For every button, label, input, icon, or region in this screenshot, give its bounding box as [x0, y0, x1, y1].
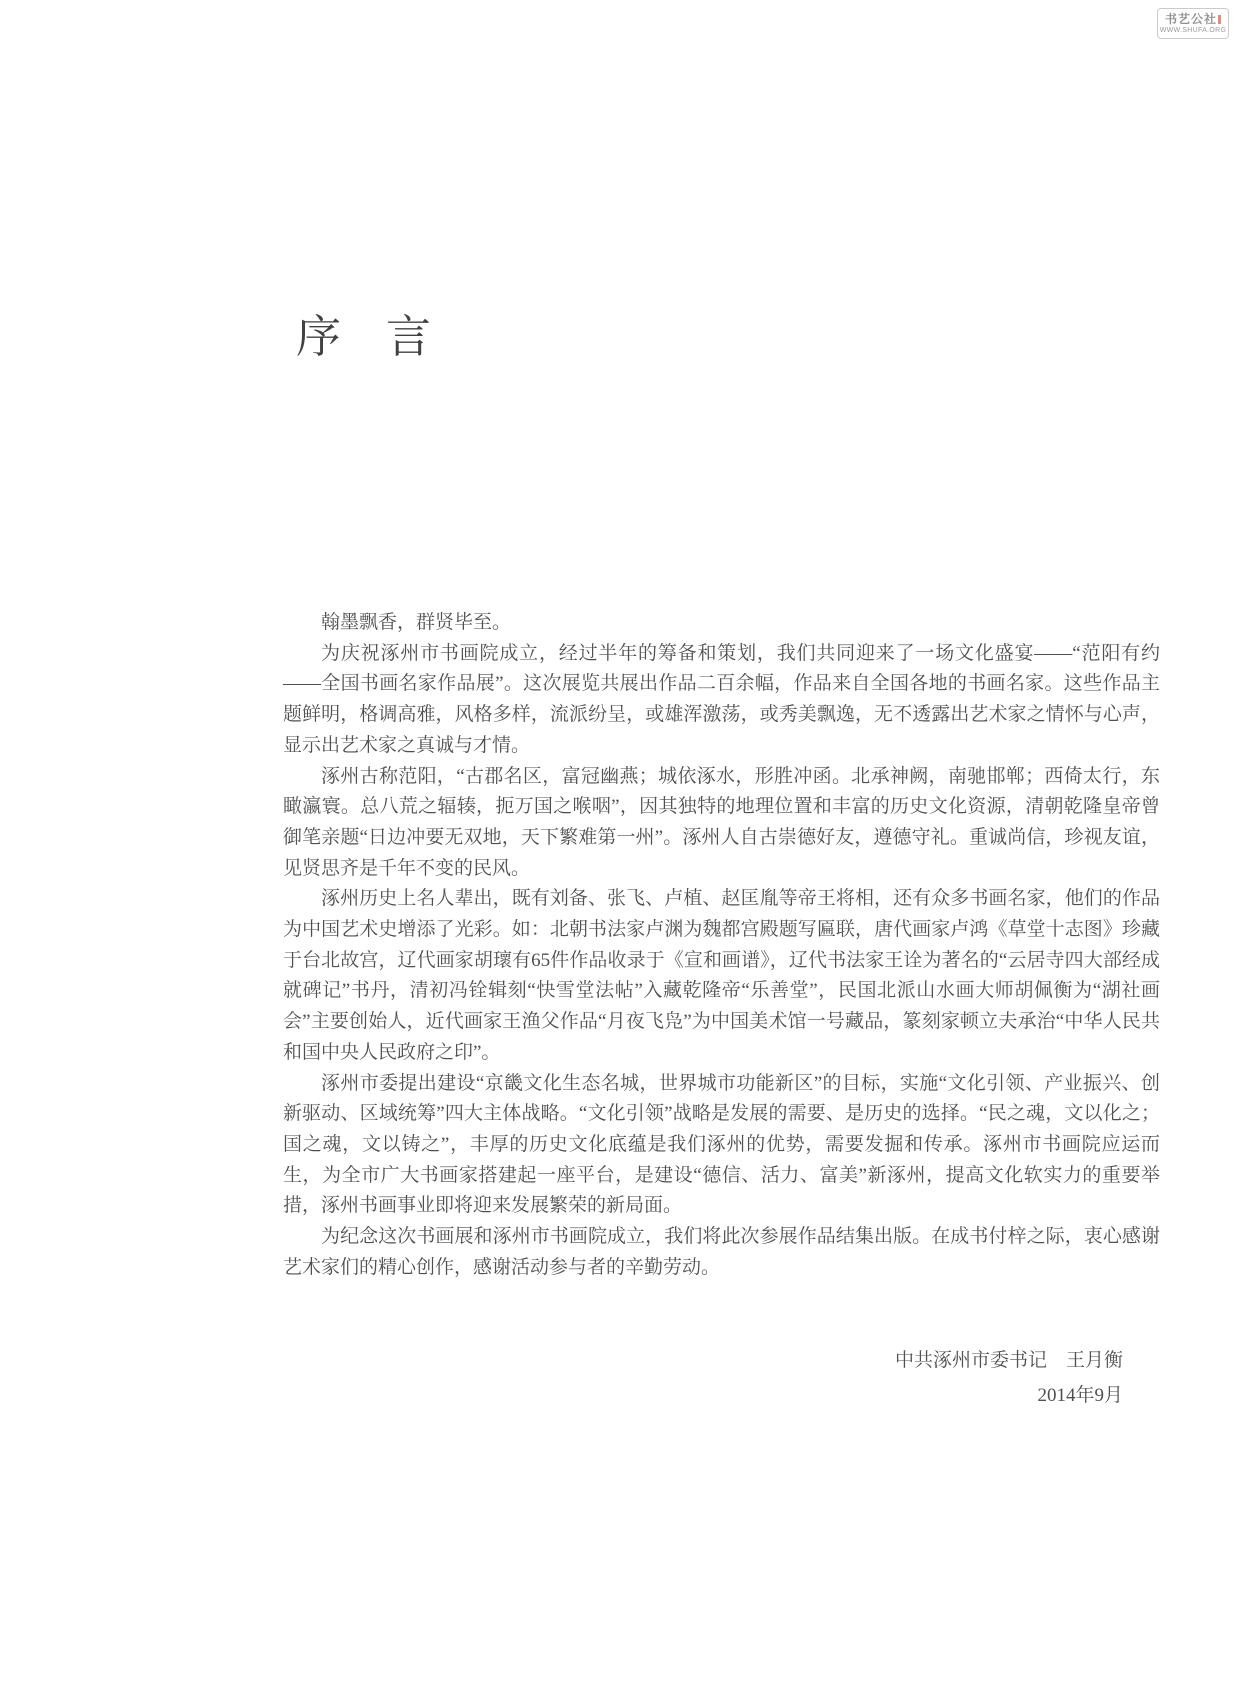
shufa-watermark: 书艺公社 WWW.SHUFA.ORG — [1157, 8, 1229, 39]
watermark-seal-icon — [1218, 15, 1221, 24]
paragraph: 涿州古称范阳，“古郡名区，富冠幽燕；城依涿水，形胜冲函。北承神阙，南驰邯郸；西倚… — [283, 762, 1160, 885]
signature-date: 2014年9月 — [283, 1378, 1123, 1413]
watermark-url-text: WWW.SHUFA.ORG — [1160, 26, 1227, 35]
page-title: 序 言 — [296, 300, 431, 365]
paragraph: 为庆祝涿州市书画院成立，经过半年的筹备和策划，我们共同迎来了一场文化盛宴——“范… — [283, 639, 1160, 762]
watermark-brand-text: 书艺公社 — [1165, 13, 1217, 25]
paragraph: 为纪念这次书画展和涿州市书画院成立，我们将此次参展作品结集出版。在成书付梓之际，… — [283, 1222, 1160, 1283]
paragraph: 涿州市委提出建设“京畿文化生态名城，世界城市功能新区”的目标，实施“文化引领、产… — [283, 1069, 1160, 1223]
watermark-brand-row: 书艺公社 — [1165, 13, 1221, 26]
paragraph: 翰墨飘香，群贤毕至。 — [283, 608, 1160, 639]
paragraph: 涿州历史上名人辈出，既有刘备、张飞、卢植、赵匡胤等帝王将相，还有众多书画名家，他… — [283, 884, 1160, 1068]
signature-author: 中共涿州市委书记 王月衡 — [283, 1343, 1123, 1378]
preface-body: 翰墨飘香，群贤毕至。 为庆祝涿州市书画院成立，经过半年的筹备和策划，我们共同迎来… — [283, 608, 1160, 1283]
document-page: 书艺公社 WWW.SHUFA.ORG 序 言 翰墨飘香，群贤毕至。 为庆祝涿州市… — [0, 0, 1240, 1683]
signature-block: 中共涿州市委书记 王月衡 2014年9月 — [283, 1343, 1123, 1413]
